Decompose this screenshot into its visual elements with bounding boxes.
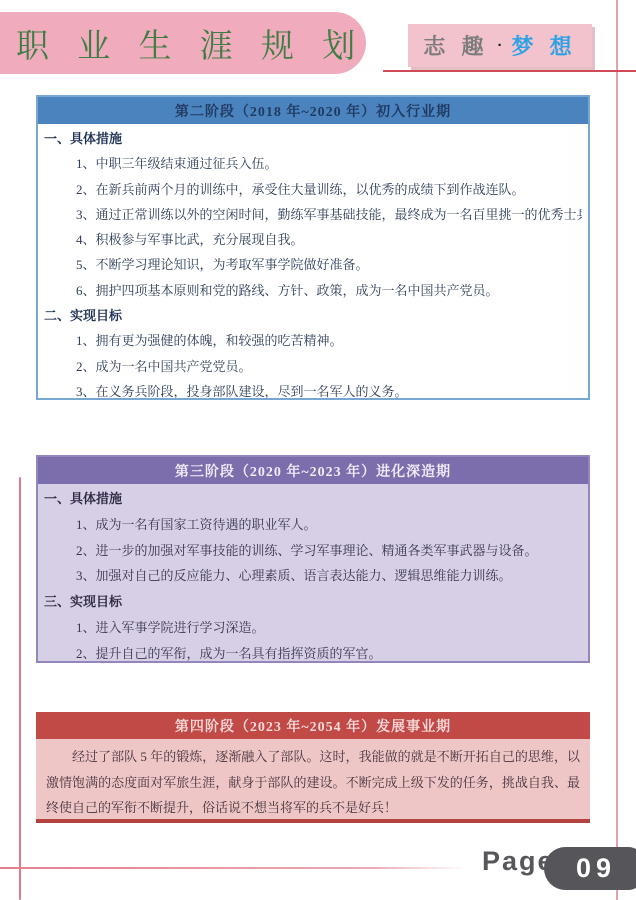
stage4-section: 第四阶段（2023 年~2054 年）发展事业期 经过了部队 5 年的锻炼，逐渐… [36, 712, 590, 823]
list-item: 1、拥有更为强健的体魄，和较强的吃苦精神。 [44, 328, 582, 353]
stage2-section-title: 第二阶段（2018 年~2020 年）初入行业期 [38, 97, 588, 124]
list-item: 2、成为一名中国共产党党员。 [44, 354, 582, 379]
list-item: 1、成为一名有国家工资待遇的职业军人。 [44, 512, 582, 538]
stage2-goals-heading: 二、实现目标 [44, 303, 582, 328]
stage2-section: 第二阶段（2018 年~2020 年）初入行业期 一、具体措施 1、中职三年级结… [36, 95, 590, 400]
stage3-section-body: 一、具体措施 1、成为一名有国家工资待遇的职业军人。 2、进一步的加强对军事技能… [38, 484, 588, 663]
header-divider-line [383, 70, 636, 72]
motto-left: 志 趣 [423, 30, 488, 61]
list-item: 3、在义务兵阶段，投身部队建设，尽到一名军人的义务。 [44, 379, 582, 400]
motto-right: 梦 想 [512, 30, 577, 61]
page-number: 09 [572, 853, 616, 884]
footer-divider-line [0, 867, 466, 869]
stage2-section-body: 一、具体措施 1、中职三年级结束通过征兵入伍。 2、在新兵前两个月的训练中，承受… [38, 124, 588, 400]
right-margin-line [616, 0, 618, 900]
stage3-section-title: 第三阶段（2020 年~2023 年）进化深造期 [38, 457, 588, 484]
stage3-section: 第三阶段（2020 年~2023 年）进化深造期 一、具体措施 1、成为一名有国… [36, 455, 590, 663]
list-item: 1、进入军事学院进行学习深造。 [44, 615, 582, 641]
page-number-capsule: 09 [544, 847, 636, 890]
list-item: 6、拥护四项基本原则和党的路线、方针、政策，成为一名中国共产党员。 [44, 278, 582, 303]
list-item: 2、提升自己的军衔，成为一名具有指挥资质的军官。 [44, 641, 582, 663]
stage3-goals-heading: 三、实现目标 [44, 589, 582, 615]
list-item: 2、进一步的加强对军事技能的训练、学习军事理论、精通各类军事武器与设备。 [44, 538, 582, 564]
list-item: 3、通过正常训练以外的空闲时间，勤练军事基础技能，最终成为一名百里挑一的优秀士兵… [44, 202, 582, 227]
list-item: 4、积极参与军事比武，充分展现自我。 [44, 227, 582, 252]
dot-separator-icon: · [498, 38, 503, 53]
stage4-section-body: 经过了部队 5 年的锻炼，逐渐融入了部队。这时，我能做的就是不断开拓自己的思维，… [36, 739, 590, 821]
stage4-section-title: 第四阶段（2023 年~2054 年）发展事业期 [36, 712, 590, 739]
motto-badge: 志 趣 · 梦 想 [408, 24, 592, 67]
list-item: 3、加强对自己的反应能力、心理素质、语言表达能力、逻辑思维能力训练。 [44, 563, 582, 589]
stage4-paragraph: 经过了部队 5 年的锻炼，逐渐融入了部队。这时，我能做的就是不断开拓自己的思维，… [46, 744, 580, 821]
list-item: 5、不断学习理论知识，为考取军事学院做好准备。 [44, 252, 582, 277]
stage3-measures-heading: 一、具体措施 [44, 486, 582, 512]
list-item: 2、在新兵前两个月的训练中，承受住大量训练，以优秀的成绩下到作战连队。 [44, 177, 582, 202]
page-title: 职 业 生 涯 规 划 [0, 20, 365, 67]
title-banner: 职 业 生 涯 规 划 [0, 12, 366, 74]
stage2-measures-heading: 一、具体措施 [44, 126, 582, 151]
list-item: 1、中职三年级结束通过征兵入伍。 [44, 151, 582, 176]
left-margin-line [19, 477, 21, 900]
